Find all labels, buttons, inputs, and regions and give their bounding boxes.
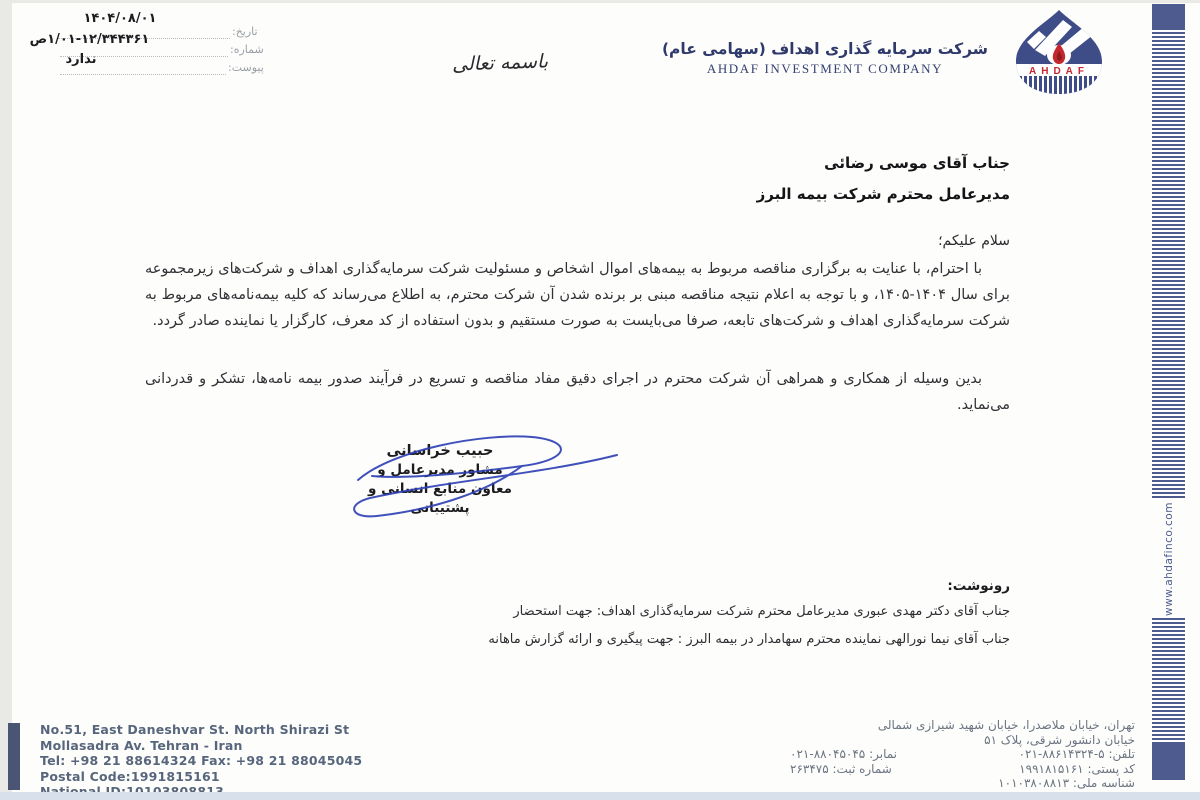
letter-date-value: ۱۴۰۴/۰۸/۰۱ <box>70 11 170 26</box>
letter-number-label: شماره: <box>230 43 264 56</box>
besmeleh-calligraphy: باسمه تعالی <box>452 50 549 75</box>
footer-address-en: No.51, East Daneshvar St. North Shirazi … <box>40 722 362 800</box>
company-name-fa: شرکت سرمایه گذاری اهداف (سهامی عام) <box>655 40 995 58</box>
recipient-title: مدیرعامل محترم شرکت بیمه البرز <box>757 179 1010 210</box>
cc-label: رونوشت: <box>947 578 1010 594</box>
website-box: www.ahdafinco.com <box>1149 500 1188 618</box>
footer-address-fa: تهران، خیابان ملاصدرا، خیابان شهید شیراز… <box>790 718 1135 791</box>
recipient-name: جناب آقای موسی رضائی <box>757 148 1010 179</box>
signatory-title-2: معاون منابع انسانی و پشتیبانی <box>340 480 540 518</box>
strip-top-block <box>1152 4 1185 28</box>
footer-fa-phone-row: تلفن: ۵-۸۸۶۱۴۳۲۴-۰۲۱ نمابر: ۸۸۰۴۵۰۴۵-۰۲۱ <box>790 747 1135 762</box>
footer-accent-bar <box>8 723 20 790</box>
website-url: www.ahdafinco.com <box>1163 502 1175 616</box>
footer-fa-postal-row: کد پستی: ۱۹۹۱۸۱۵۱۶۱ شماره ثبت: ۲۶۳۴۷۵ <box>790 762 1135 777</box>
recipient-block: جناب آقای موسی رضائی مدیرعامل محترم شرکت… <box>757 148 1010 210</box>
signature-block: حبیب خراسانی مشاور مدیرعامل و معاون مناب… <box>340 442 540 518</box>
footer-en-line: Mollasadra Av. Tehran - Iran <box>40 738 362 754</box>
footer-fa-line-1: تهران، خیابان ملاصدرا، خیابان شهید شیراز… <box>790 718 1135 733</box>
footer-en-line: Tel: +98 21 88614324 Fax: +98 21 8804504… <box>40 753 362 769</box>
footer-en-line: No.51, East Daneshvar St. North Shirazi … <box>40 722 362 738</box>
attachment-dotted-line <box>60 61 226 75</box>
letter-date-label: تاریخ: <box>232 25 258 38</box>
strip-bottom-block <box>1152 744 1185 780</box>
footer-phone: تلفن: ۵-۸۸۶۱۴۳۲۴-۰۲۱ <box>1019 747 1135 762</box>
strip-barcode-lines <box>1152 618 1185 744</box>
company-name-en: AHDAF INVESTMENT COMPANY <box>655 61 995 77</box>
footer-registration-number: شماره ثبت: ۲۶۳۴۷۵ <box>790 762 892 777</box>
strip-barcode-lines <box>1152 28 1185 500</box>
page-bottom-edge <box>0 792 1200 800</box>
cc-item-2: جناب آقای نیما نورالهی نماینده محترم سها… <box>488 632 1010 647</box>
body-paragraph-1: با احترام، با عنایت به برگزاری مناقصه مر… <box>145 256 1010 334</box>
signatory-title-1: مشاور مدیرعامل و <box>340 461 540 480</box>
footer-fa-line-2: خیابان دانشور شرقی، پلاک ۵۱ <box>790 733 1135 748</box>
footer-en-line: Postal Code:1991815161 <box>40 769 362 785</box>
svg-text:AHDAF: AHDAF <box>1029 66 1089 77</box>
letter-attachment-label: پیوست: <box>228 61 264 74</box>
footer-fax: نمابر: ۸۸۰۴۵۰۴۵-۰۲۱ <box>790 747 897 762</box>
footer-postal-code: کد پستی: ۱۹۹۱۸۱۵۱۶۱ <box>1019 762 1135 777</box>
footer-national-id: شناسه ملی: ۱۰۱۰۳۸۰۸۸۱۳ <box>790 776 1135 791</box>
signatory-name: حبیب خراسانی <box>340 442 540 461</box>
salutation: سلام علیکم؛ <box>938 233 1010 249</box>
body-paragraph-2: بدین وسیله از همکاری و همراهی آن شرکت مح… <box>145 366 1010 418</box>
scanned-letter: { "colors": { "brand_navy": "#3e4c87", "… <box>0 0 1200 800</box>
ahdaf-logo-icon: AHDAF <box>1008 8 1110 96</box>
cc-item-1: جناب آقای دکتر مهدی عبوری مدیرعامل محترم… <box>513 604 1010 619</box>
company-header: شرکت سرمایه گذاری اهداف (سهامی عام) AHDA… <box>655 40 995 77</box>
